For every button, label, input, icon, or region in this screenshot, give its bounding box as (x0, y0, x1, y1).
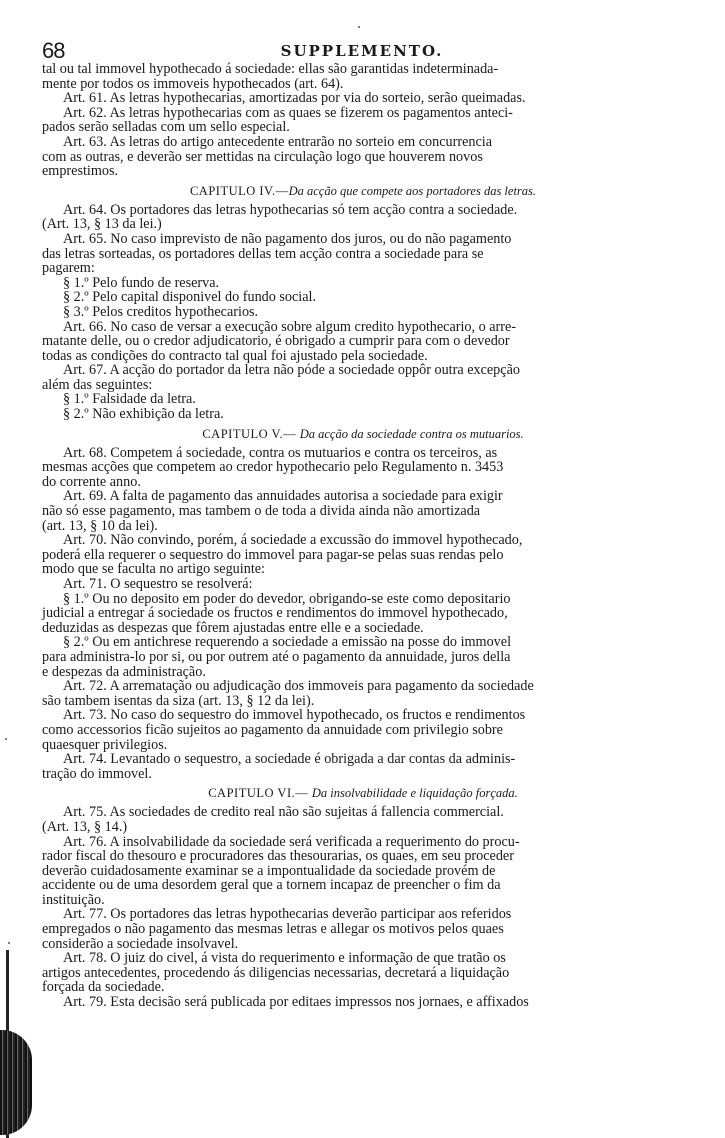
text-line: do corrente anno. (42, 475, 684, 490)
text-line: poderá ella requerer o sequestro do immo… (42, 548, 684, 563)
text-line: Art. 68. Competem á sociedade, contra os… (42, 446, 684, 461)
text-line: Art. 74. Levantado o sequestro, a socied… (42, 752, 684, 767)
text-line: judicial a entregar á sociedade os fruct… (42, 606, 684, 621)
paragraph: Art. 63. As letras do artigo antecedente… (42, 135, 684, 179)
text-line: Art. 62. As letras hypothecarias com as … (42, 106, 684, 121)
text-line: Art. 78. O juiz do civel, á vista do req… (42, 951, 684, 966)
paragraph: Art. 67. A acção do portador da letra nã… (42, 363, 684, 392)
paragraph: Art. 76. A insolvabilidade da sociedade … (42, 835, 684, 908)
running-title: SUPPLEMENTO. (42, 42, 682, 60)
text-line: § 1.º Pelo fundo de reserva. (42, 276, 684, 291)
chapter-title: Da acção que compete aos portadores das … (289, 184, 536, 198)
text-line: Art. 61. As letras hypothecarias, amorti… (42, 91, 684, 106)
text-line: são tambem isentas da siza (art. 13, § 1… (42, 694, 684, 709)
text-line: modo que se faculta no artigo seguinte: (42, 562, 684, 577)
paragraph: Art. 69. A falta de pagamento das annuid… (42, 489, 684, 533)
text-line: Art. 75. As sociedades de credito real n… (42, 805, 684, 820)
paragraph: Art. 79. Esta decisão será publicada por… (42, 995, 684, 1010)
text-line: § 3.º Pelos creditos hypothecarios. (42, 305, 684, 320)
paragraph: Art. 66. No caso de versar a execução so… (42, 320, 684, 364)
paragraph: Art. 77. Os portadores das letras hypoth… (42, 907, 684, 951)
text-line: pados serão selladas com um sello especi… (42, 120, 684, 135)
text-line: forçada da sociedade. (42, 980, 684, 995)
chapter-title: Da acção da sociedade contra os mutuario… (300, 427, 524, 441)
paragraph: § 3.º Pelos creditos hypothecarios. (42, 305, 684, 320)
text-line: rador fiscal do thesouro e procuradores … (42, 849, 684, 864)
text-line: (Art. 13, § 14.) (42, 820, 684, 835)
chapter-label: CAPITULO VI.— (208, 786, 312, 800)
text-line: § 2.º Ou em antichrese requerendo a soci… (42, 635, 684, 650)
text-line: Art. 71. O sequestro se resolverá: (42, 577, 684, 592)
text-line: considerão a sociedade insolvavel. (42, 937, 684, 952)
scan-speck (8, 942, 10, 944)
chapter-label: CAPITULO IV.— (190, 184, 289, 198)
scan-speck (358, 26, 360, 28)
text-line: mente por todos os immoveis hypothecados… (42, 77, 684, 92)
text-line: Art. 70. Não convindo, porém, á sociedad… (42, 533, 684, 548)
text-line: emprestimos. (42, 164, 684, 179)
text-line: empregados o não pagamento das mesmas le… (42, 922, 684, 937)
text-line: Art. 76. A insolvabilidade da sociedade … (42, 835, 684, 850)
text-line: deverão cuidadosamente examinar se a imp… (42, 864, 684, 879)
chapter-label: CAPITULO V.— (202, 427, 299, 441)
paragraph: § 1.º Falsidade da letra. (42, 392, 684, 407)
text-line: mesmas acções que competem ao credor hyp… (42, 460, 684, 475)
paragraph: § 1.º Pelo fundo de reserva. (42, 276, 684, 291)
paragraph: Art. 74. Levantado o sequestro, a socied… (42, 752, 684, 781)
text-line: quaesquer privilegios. (42, 738, 684, 753)
chapter-title: Da insolvabilidade e liquidação forçada. (312, 786, 518, 800)
text-line: Art. 72. A arrematação ou adjudicação do… (42, 679, 684, 694)
page-body: tal ou tal immovel hypothecado á socieda… (42, 62, 684, 1010)
paragraph: Art. 72. A arrematação ou adjudicação do… (42, 679, 684, 708)
text-line: com as outras, e deverão ser mettidas na… (42, 150, 684, 165)
paragraph: Art. 70. Não convindo, porém, á sociedad… (42, 533, 684, 577)
text-line: Art. 69. A falta de pagamento das annuid… (42, 489, 684, 504)
text-line: accidente ou de uma desordem geral que a… (42, 878, 684, 893)
text-line: (Art. 13, § 13 da lei.) (42, 217, 684, 232)
text-line: e despezas da administração. (42, 665, 684, 680)
paragraph: Art. 64. Os portadores das letras hypoth… (42, 203, 684, 232)
chapter-heading: CAPITULO V.— Da acção da sociedade contr… (42, 422, 684, 446)
text-line: Art. 65. No caso imprevisto de não pagam… (42, 232, 684, 247)
paragraph: § 2.º Ou em antichrese requerendo a soci… (42, 635, 684, 679)
paragraph: Art. 62. As letras hypothecarias com as … (42, 106, 684, 135)
text-line: como accessorios ficão sujeitos ao pagam… (42, 723, 684, 738)
text-line: § 1.º Ou no deposito em poder do devedor… (42, 592, 684, 607)
text-line: Art. 77. Os portadores das letras hypoth… (42, 907, 684, 922)
page-header: 68 SUPPLEMENTO. (42, 38, 682, 62)
text-line: deduzidas as despezas que fôrem ajustada… (42, 621, 684, 636)
text-line: Art. 63. As letras do artigo antecedente… (42, 135, 684, 150)
text-line: (art. 13, § 10 da lei). (42, 519, 684, 534)
text-line: instituição. (42, 893, 684, 908)
text-line: pagarem: (42, 261, 684, 276)
text-line: § 2.º Não exhibição da letra. (42, 407, 684, 422)
text-line: Art. 79. Esta decisão será publicada por… (42, 995, 684, 1010)
paragraph: Art. 71. O sequestro se resolverá: (42, 577, 684, 592)
paragraph: Art. 68. Competem á sociedade, contra os… (42, 446, 684, 490)
text-line: § 1.º Falsidade da letra. (42, 392, 684, 407)
text-line: Art. 66. No caso de versar a execução so… (42, 320, 684, 335)
text-line: Art. 64. Os portadores das letras hypoth… (42, 203, 684, 218)
paragraph: Art. 61. As letras hypothecarias, amorti… (42, 91, 684, 106)
paragraph: Art. 73. No caso do sequestro do immovel… (42, 708, 684, 752)
text-line: Art. 67. A acção do portador da letra nã… (42, 363, 684, 378)
paragraph: Art. 75. As sociedades de credito real n… (42, 805, 684, 834)
chapter-heading: CAPITULO VI.— Da insolvabilidade e liqui… (42, 781, 684, 805)
text-line: § 2.º Pelo capital disponivel do fundo s… (42, 290, 684, 305)
paragraph: § 2.º Não exhibição da letra. (42, 407, 684, 422)
paragraph: tal ou tal immovel hypothecado á socieda… (42, 62, 684, 91)
text-line: além das seguintes: (42, 378, 684, 393)
scanned-page: 68 SUPPLEMENTO. tal ou tal immovel hypot… (0, 0, 725, 1138)
text-line: tal ou tal immovel hypothecado á socieda… (42, 62, 684, 77)
text-line: tração do immovel. (42, 767, 684, 782)
text-line: não só esse pagamento, mas tambem o de t… (42, 504, 684, 519)
binding-shadow (0, 950, 34, 1138)
text-line: artigos antecedentes, procedendo ás dili… (42, 966, 684, 981)
paragraph: § 1.º Ou no deposito em poder do devedor… (42, 592, 684, 636)
text-line: das letras sorteadas, os portadores dell… (42, 247, 684, 262)
text-line: todas as condições do contracto tal qual… (42, 349, 684, 364)
scan-speck (5, 738, 7, 740)
paragraph: Art. 65. No caso imprevisto de não pagam… (42, 232, 684, 276)
paragraph: Art. 78. O juiz do civel, á vista do req… (42, 951, 684, 995)
paragraph: § 2.º Pelo capital disponivel do fundo s… (42, 290, 684, 305)
text-line: Art. 73. No caso do sequestro do immovel… (42, 708, 684, 723)
text-line: para administra-lo por si, ou por outrem… (42, 650, 684, 665)
chapter-heading: CAPITULO IV.—Da acção que compete aos po… (42, 179, 684, 203)
binding-fold (0, 1030, 32, 1135)
text-line: matante delle, ou o credor adjudicatorio… (42, 334, 684, 349)
